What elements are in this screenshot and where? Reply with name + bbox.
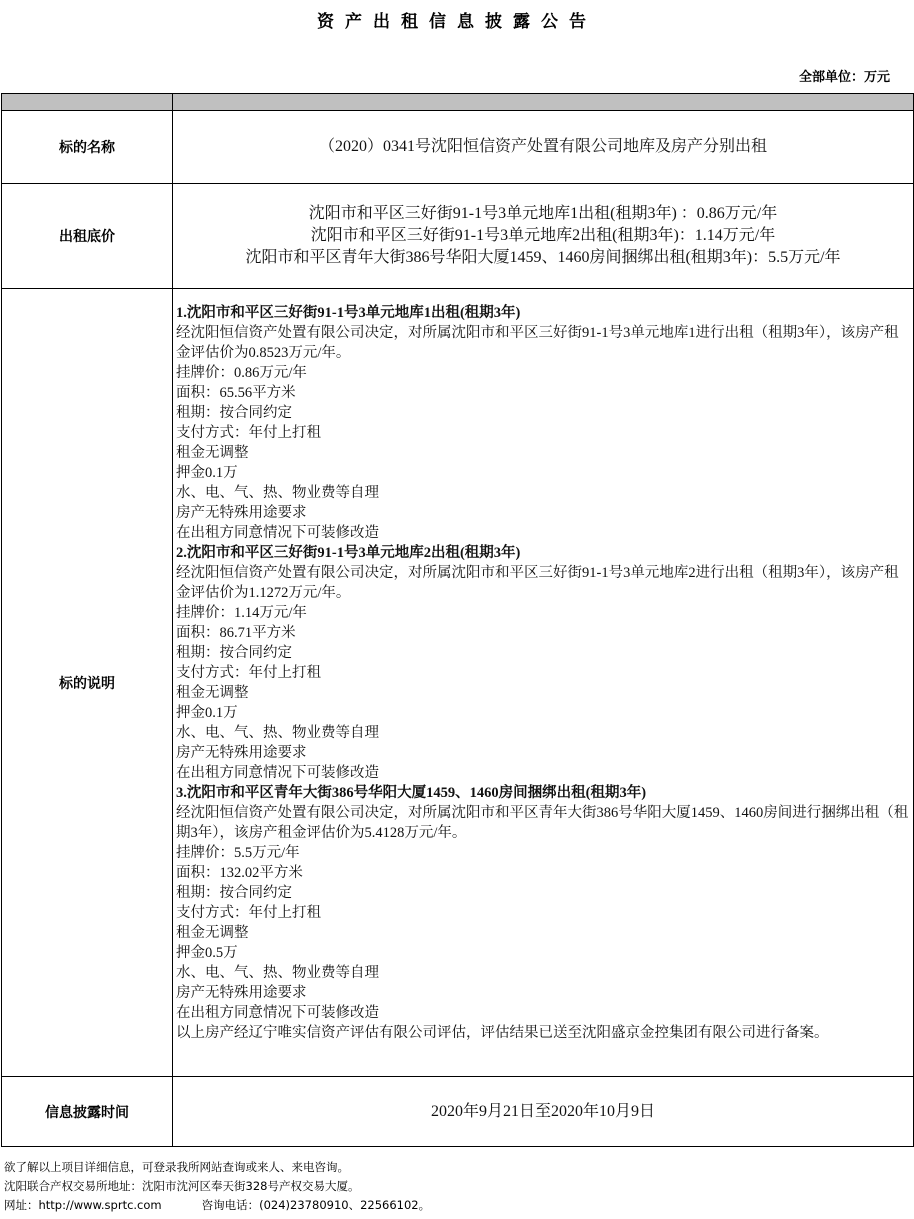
table-header-row: [2, 94, 914, 111]
item-area: 面积：132.02平方米: [176, 863, 911, 883]
item-usage: 房产无特殊用途要求: [176, 743, 911, 763]
price-line: 沈阳市和平区三好街91-1号3单元地库2出租(租期3年)：1.14万元/年: [173, 225, 913, 247]
item-listing-price: 挂牌价：0.86万元/年: [176, 363, 911, 383]
item-usage: 房产无特殊用途要求: [176, 503, 911, 523]
row-label-description: 标的说明: [2, 289, 173, 1077]
item-deposit: 押金0.1万: [176, 703, 911, 723]
row-label-name: 标的名称: [2, 111, 173, 184]
item-term: 租期：按合同约定: [176, 883, 911, 903]
item-heading: 3.沈阳市和平区青年大街386号华阳大厦1459、1460房间捆绑出租(租期3年…: [176, 783, 911, 803]
item-term: 租期：按合同约定: [176, 403, 911, 423]
item-deposit: 押金0.5万: [176, 943, 911, 963]
item-payment: 支付方式：年付上打租: [176, 663, 911, 683]
footer-inquiry: 欲了解以上项目详细信息，可登录我所网站查询或来人、来电咨询。: [4, 1158, 430, 1177]
item-renovation: 在出租方同意情况下可装修改造: [176, 523, 911, 543]
row-label-time: 信息披露时间: [2, 1077, 173, 1147]
item-listing-price: 挂牌价：5.5万元/年: [176, 843, 911, 863]
price-line: 沈阳市和平区青年大街386号华阳大厦1459、1460房间捆绑出租(租期3年)：…: [173, 247, 913, 269]
row-value-time: 2020年9月21日至2020年10月9日: [173, 1077, 914, 1147]
footer: 欲了解以上项目详细信息，可登录我所网站查询或来人、来电咨询。 沈阳联合产权交易所…: [4, 1158, 430, 1215]
row-value-description: 1.沈阳市和平区三好街91-1号3单元地库1出租(租期3年) 经沈阳恒信资产处置…: [173, 289, 914, 1077]
item-payment: 支付方式：年付上打租: [176, 423, 911, 443]
footer-address: 沈阳联合产权交易所地址：沈阳市沈河区奉天街328号产权交易大厦。: [4, 1177, 430, 1196]
footer-contact: 网址：http://www.sprtc.com咨询电话：(024)2378091…: [4, 1196, 430, 1215]
table-row-price: 出租底价 沈阳市和平区三好街91-1号3单元地库1出租(租期3年) ：0.86万…: [2, 184, 914, 289]
item-adjustment: 租金无调整: [176, 443, 911, 463]
disclosure-table: 标的名称 （2020）0341号沈阳恒信资产处置有限公司地库及房产分别出租 出租…: [1, 93, 914, 1147]
header-cell-label: [2, 94, 173, 111]
item-heading: 2.沈阳市和平区三好街91-1号3单元地库2出租(租期3年): [176, 543, 911, 563]
item-adjustment: 租金无调整: [176, 923, 911, 943]
row-value-price: 沈阳市和平区三好街91-1号3单元地库1出租(租期3年) ：0.86万元/年 沈…: [173, 184, 914, 289]
item-renovation: 在出租方同意情况下可装修改造: [176, 1003, 911, 1023]
table-row-name: 标的名称 （2020）0341号沈阳恒信资产处置有限公司地库及房产分别出租: [2, 111, 914, 184]
page-title: 资产出租信息披露公告: [0, 10, 914, 34]
item-intro: 经沈阳恒信资产处置有限公司决定，对所属沈阳市和平区三好街91-1号3单元地库1进…: [176, 323, 911, 363]
item-adjustment: 租金无调整: [176, 683, 911, 703]
price-line: 沈阳市和平区三好街91-1号3单元地库1出租(租期3年) ：0.86万元/年: [173, 203, 913, 225]
closing-note: 以上房产经辽宁唯实信资产评估有限公司评估，评估结果已送至沈阳盛京金控集团有限公司…: [176, 1023, 911, 1043]
item-term: 租期：按合同约定: [176, 643, 911, 663]
item-area: 面积：86.71平方米: [176, 623, 911, 643]
row-value-name: （2020）0341号沈阳恒信资产处置有限公司地库及房产分别出租: [173, 111, 914, 184]
item-intro: 经沈阳恒信资产处置有限公司决定，对所属沈阳市和平区青年大街386号华阳大厦145…: [176, 803, 911, 843]
item-area: 面积：65.56平方米: [176, 383, 911, 403]
item-renovation: 在出租方同意情况下可装修改造: [176, 763, 911, 783]
table-row-description: 标的说明 1.沈阳市和平区三好街91-1号3单元地库1出租(租期3年) 经沈阳恒…: [2, 289, 914, 1077]
unit-label: 全部单位：万元: [799, 68, 890, 88]
row-label-price: 出租底价: [2, 184, 173, 289]
item-utilities: 水、电、气、热、物业费等自理: [176, 483, 911, 503]
item-deposit: 押金0.1万: [176, 463, 911, 483]
item-payment: 支付方式：年付上打租: [176, 903, 911, 923]
table-row-time: 信息披露时间 2020年9月21日至2020年10月9日: [2, 1077, 914, 1147]
item-utilities: 水、电、气、热、物业费等自理: [176, 723, 911, 743]
header-cell-value: [173, 94, 914, 111]
footer-phone: 咨询电话：(024)23780910、22566102。: [202, 1198, 431, 1212]
item-heading: 1.沈阳市和平区三好街91-1号3单元地库1出租(租期3年): [176, 303, 911, 323]
footer-website[interactable]: 网址：http://www.sprtc.com: [4, 1198, 162, 1212]
item-usage: 房产无特殊用途要求: [176, 983, 911, 1003]
item-listing-price: 挂牌价：1.14万元/年: [176, 603, 911, 623]
item-intro: 经沈阳恒信资产处置有限公司决定，对所属沈阳市和平区三好街91-1号3单元地库2进…: [176, 563, 911, 603]
item-utilities: 水、电、气、热、物业费等自理: [176, 963, 911, 983]
